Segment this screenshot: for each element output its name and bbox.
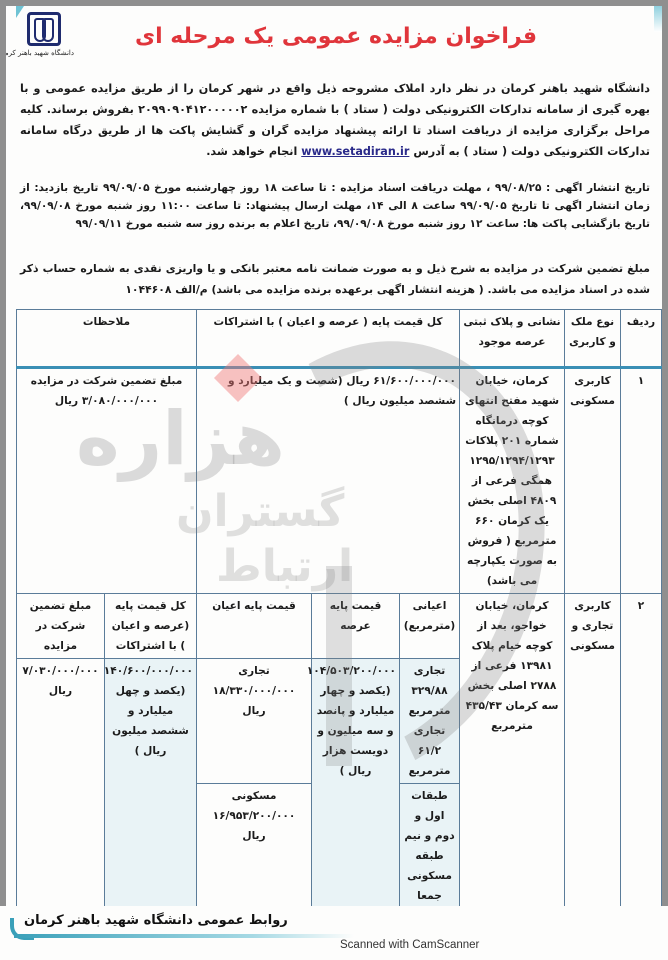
row2-ayani-residential: طبقات اول و دوم و نیم طبقه مسکونی جمعا ۷… xyxy=(400,784,460,907)
intro-suffix: انجام خواهد شد. xyxy=(206,145,297,158)
logo-icon xyxy=(27,12,61,46)
row2-address: کرمان، خیابان خواجو، بعد از کوچه خیام پل… xyxy=(460,594,565,907)
subheader-ayan-price: قیمت پایه اعیان xyxy=(197,594,312,659)
scanner-label: Scanned with CamScanner xyxy=(340,939,479,951)
row1-address: کرمان، خیابان شهید مفتح انتهای کوچه درما… xyxy=(460,368,565,594)
subheader-guarantee: مبلغ تضمین شرکت در مزایده xyxy=(17,594,105,659)
table-row: ۱ کاربری مسکونی کرمان، خیابان شهید مفتح … xyxy=(17,368,662,594)
schedule-paragraph: تاریخ انتشار اگهی : ۹۹/۰۸/۲۵ ، مهلت دریا… xyxy=(20,179,650,233)
intro-paragraph: دانشگاه شهید باهنر کرمان در نظر دارد امل… xyxy=(20,78,650,162)
subheader-total: کل قیمت پایه (عرصه و اعیان ) با اشتراکات xyxy=(105,594,197,659)
row2-arse-price: ۱۰۴/۵۰۳/۲۰۰/۰۰۰ (یکصد و چهار میلیارد و پ… xyxy=(312,659,400,907)
footer-divider xyxy=(14,934,354,938)
row2-ayani-commercial: تجاری ۳۲۹/۸۸ مترمربع تجاری ۶۱/۲ مترمربع xyxy=(400,659,460,784)
logo-caption: دانشگاه شهید باهنر کرمان xyxy=(14,49,74,57)
table-row: ۲ کاربری تجاری و مسکونی کرمان، خیابان خو… xyxy=(17,594,662,659)
table-header-row: ردیف نوع ملک و کاربری نشانی و پلاک ثبتی … xyxy=(17,310,662,368)
header-address: نشانی و پلاک ثبتی عرصه موجود xyxy=(460,310,565,368)
header-radif: ردیف xyxy=(621,310,662,368)
header-price: کل قیمت پایه ( عرصه و اعیان ) با اشتراکا… xyxy=(197,310,460,368)
setadiran-link[interactable]: www.setadiran.ir xyxy=(301,145,409,158)
university-logo: دانشگاه شهید باهنر کرمان xyxy=(14,10,74,70)
row1-notes: مبلغ تضمین شرکت در مزایده ۳/۰۸۰/۰۰۰/۰۰۰ … xyxy=(17,368,197,594)
row2-type: کاربری تجاری و مسکونی xyxy=(565,594,621,907)
footer-public-relations: روابط عمومی دانشگاه شهید باهنر کرمان xyxy=(24,913,288,928)
row1-radif: ۱ xyxy=(621,368,662,594)
guarantee-paragraph: مبلغ تضمین شرکت در مزایده به شرح ذیل و ب… xyxy=(20,258,650,300)
row2-ayan-price-commercial: تجاری ۱۸/۳۳۰/۰۰۰/۰۰۰ ریال xyxy=(197,659,312,784)
subheader-ayani: اعیانی (مترمربع) xyxy=(400,594,460,659)
row2-ayan-price-residential: مسکونی ۱۶/۹۵۳/۲۰۰/۰۰۰ ریال xyxy=(197,784,312,907)
row1-type: کاربری مسکونی xyxy=(565,368,621,594)
header-notes: ملاحظات xyxy=(17,310,197,368)
subheader-arse-price: قیمت پایه عرصه xyxy=(312,594,400,659)
row1-price: ۶۱/۶۰۰/۰۰۰/۰۰۰ ریال (شصت و یک میلیارد و … xyxy=(197,368,460,594)
page-title: فراخوان مزایده عمومی یک مرحله ای xyxy=(126,24,546,49)
row2-radif: ۲ xyxy=(621,594,662,907)
auction-table: ردیف نوع ملک و کاربری نشانی و پلاک ثبتی … xyxy=(16,309,662,906)
header-type: نوع ملک و کاربری xyxy=(565,310,621,368)
document-page: دانشگاه شهید باهنر کرمان فراخوان مزایده … xyxy=(6,6,662,906)
corner-decoration xyxy=(654,6,662,32)
row2-total: ۱۴۰/۶۰۰/۰۰۰/۰۰۰ (یکصد و چهل میلیارد و شش… xyxy=(105,659,197,907)
row2-guarantee: ۷/۰۳۰/۰۰۰/۰۰۰ ریال xyxy=(17,659,105,907)
